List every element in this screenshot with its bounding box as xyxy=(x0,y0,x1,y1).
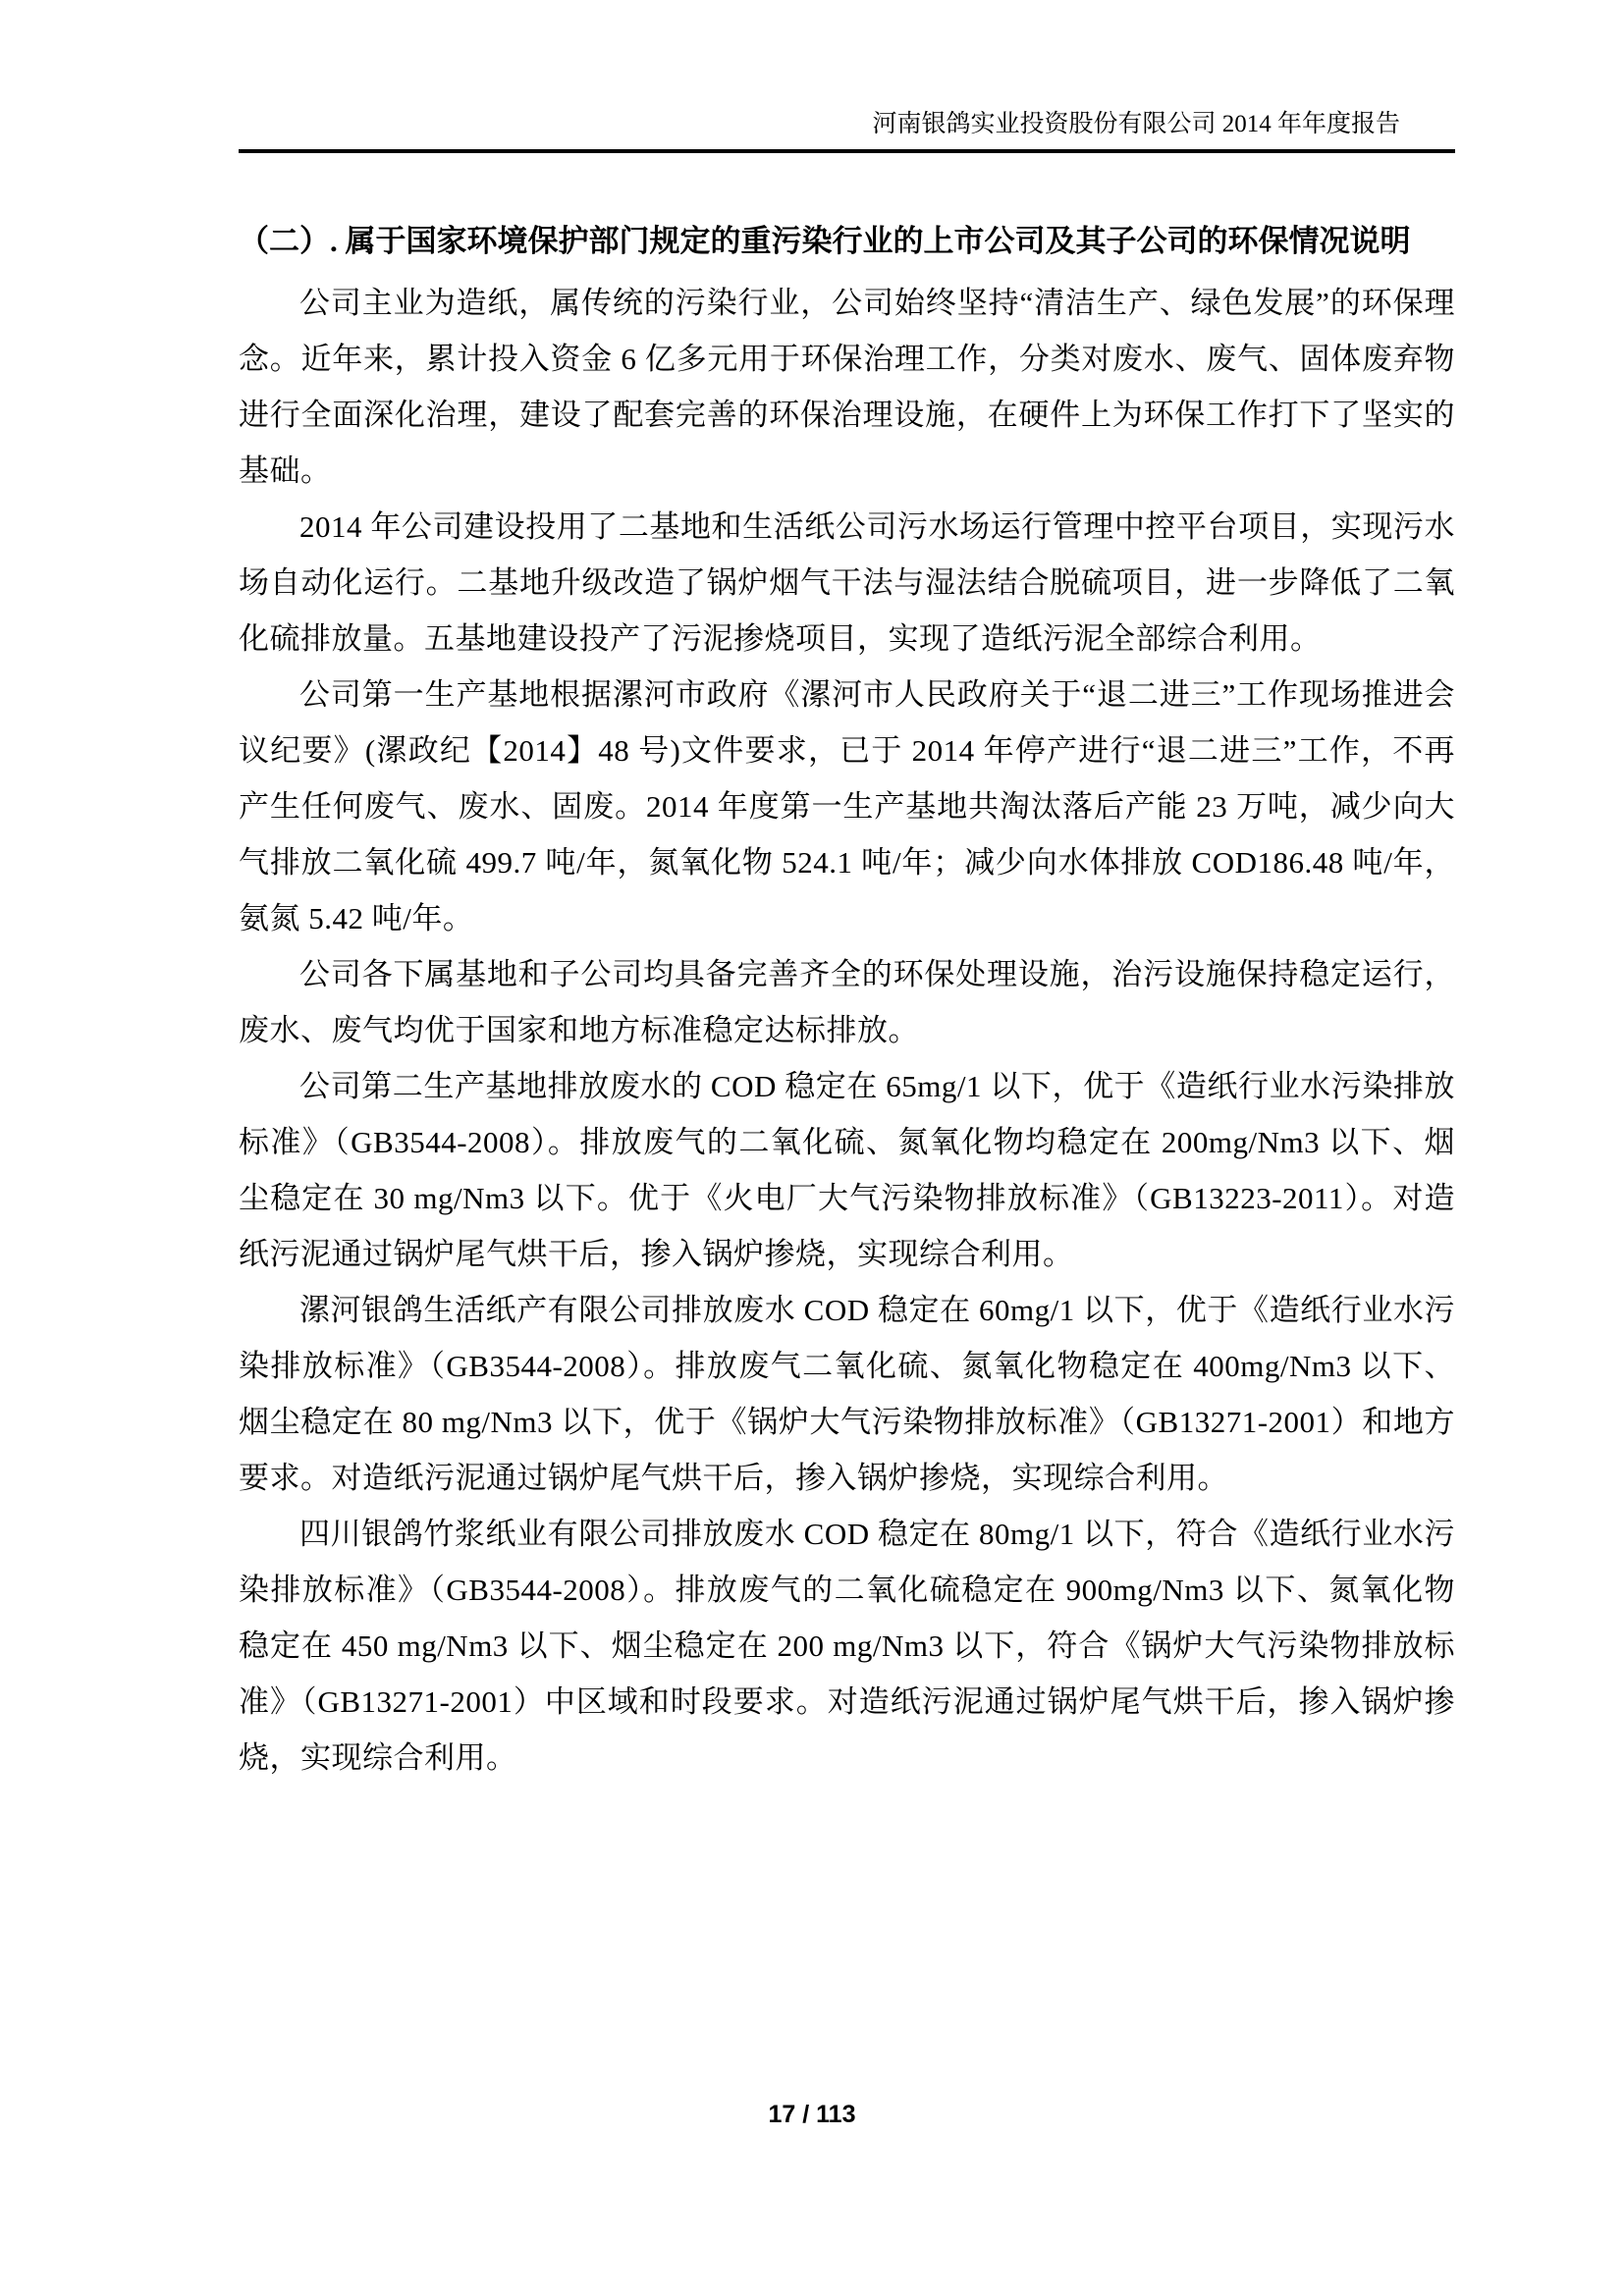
page-header-title: 河南银鸽实业投资股份有限公司 2014 年年度报告 xyxy=(239,108,1455,153)
paragraph-luohe-tissue-emissions: 漯河银鸽生活纸产有限公司排放废水 COD 稳定在 60mg/1 以下，优于《造纸… xyxy=(239,1282,1455,1506)
page-number: 17 / 113 xyxy=(0,2101,1624,2129)
paragraph-second-base-emissions: 公司第二生产基地排放废水的 COD 稳定在 65mg/1 以下，优于《造纸行业水… xyxy=(239,1058,1455,1282)
paragraph-first-base-shutdown: 公司第一生产基地根据漯河市政府《漯河市人民政府关于“退二进三”工作现场推进会议纪… xyxy=(239,667,1455,946)
paragraph-environment-overview: 公司主业为造纸，属传统的污染行业，公司始终坚持“清洁生产、绿色发展”的环保理念。… xyxy=(239,275,1455,499)
paragraph-subsidiaries-compliance: 公司各下属基地和子公司均具备完善齐全的环保处理设施，治污设施保持稳定运行，废水、… xyxy=(239,946,1455,1058)
report-page: 河南银鸽实业投资股份有限公司 2014 年年度报告 （二）. 属于国家环境保护部… xyxy=(0,0,1624,2296)
document-body: （二）. 属于国家环境保护部门规定的重污染行业的上市公司及其子公司的环保情况说明… xyxy=(239,211,1455,1786)
paragraph-sichuan-bamboo-pulp-emissions: 四川银鸽竹浆纸业有限公司排放废水 COD 稳定在 80mg/1 以下，符合《造纸… xyxy=(239,1506,1455,1786)
section-heading: （二）. 属于国家环境保护部门规定的重污染行业的上市公司及其子公司的环保情况说明 xyxy=(239,211,1455,272)
paragraph-2014-projects: 2014 年公司建设投用了二基地和生活纸公司污水场运行管理中控平台项目，实现污水… xyxy=(239,499,1455,667)
